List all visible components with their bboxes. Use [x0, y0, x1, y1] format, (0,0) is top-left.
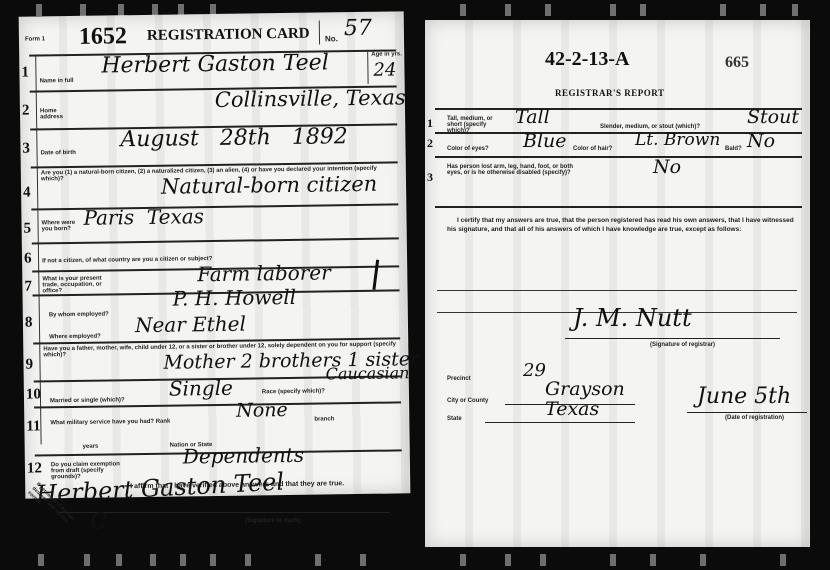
eye-color-label: Color of eyes?	[447, 146, 489, 152]
military-service-label: What military service have you had? Rank	[50, 419, 170, 427]
serial-number: 1652	[79, 23, 127, 51]
disability: No	[653, 156, 681, 178]
age-label: Age in yrs.	[371, 51, 402, 57]
card-number-label: No.	[325, 34, 338, 43]
registration-card: Form 1 1652 REGISTRATION CARD No. 57 1 N…	[19, 11, 411, 498]
film-sprocket-bottom	[0, 550, 830, 570]
stamp-number: 665	[725, 54, 749, 72]
military-service: None	[236, 399, 288, 422]
signature-label: (Signature or mark)	[245, 518, 300, 524]
birthplace: Paris Texas	[83, 204, 204, 230]
card-number: 57	[344, 16, 372, 41]
age-value: 24	[373, 59, 396, 80]
race: Caucasian	[326, 363, 410, 383]
exemption-claim: Dependents	[183, 443, 305, 469]
height: Tall	[515, 106, 550, 128]
branch-label: branch	[314, 416, 334, 422]
full-name: Herbert Gaston Teel	[101, 50, 329, 78]
alien-country-label: If not a citizen, of what country are yo…	[42, 256, 212, 264]
registrar-signature-label: (Signature of registrar)	[650, 342, 715, 348]
corner-mark: C	[90, 510, 107, 535]
file-number: 42-2-13-A	[545, 48, 629, 71]
employment-place: Near Ethel	[135, 312, 246, 338]
hair-color: Lt. Brown	[635, 130, 720, 150]
state-label: State	[447, 416, 462, 422]
occupation: Farm laborer	[197, 260, 331, 286]
report-title: REGISTRAR'S REPORT	[555, 88, 664, 98]
county-label: City or County	[447, 398, 488, 404]
precinct: 29	[523, 360, 546, 381]
card-title: REGISTRATION CARD	[147, 26, 310, 45]
employer-label: By whom employed?	[49, 311, 109, 318]
bald-label: Bald?	[725, 146, 742, 152]
marital-status: Single	[169, 376, 233, 401]
citizenship: Natural-born citizen	[161, 172, 378, 199]
date-of-birth: August 28th 1892	[120, 124, 348, 152]
certification-text: I certify that my answers are true, that…	[447, 216, 797, 234]
registration-date-label: (Date of registration)	[725, 415, 784, 421]
home-address-label: Home address	[40, 108, 74, 120]
employer: P. H. Howell	[172, 285, 296, 311]
registrars-report: 42-2-13-A 665 REGISTRAR'S REPORT 1 Tall,…	[425, 20, 810, 547]
build: Stout	[747, 106, 799, 128]
occupation-label: What is your present trade, occupation, …	[42, 275, 112, 294]
dob-label: Date of birth	[41, 150, 76, 156]
years-label: years	[83, 444, 99, 450]
disability-label: Has person lost arm, leg, hand, foot, or…	[447, 164, 587, 176]
hair-color-label: Color of hair?	[573, 146, 612, 152]
home-address: Collinsville, Texas	[215, 85, 406, 112]
employment-place-label: Where employed?	[49, 334, 101, 341]
birthplace-label: Where were you born?	[42, 220, 82, 233]
state: Texas	[545, 398, 599, 420]
eye-color: Blue	[523, 130, 567, 152]
registrar-signature: J. M. Nutt	[573, 304, 692, 332]
precinct-label: Precinct	[447, 376, 471, 382]
county: Grayson	[545, 378, 625, 400]
form-label: Form 1	[25, 36, 45, 42]
bald: No	[747, 130, 775, 152]
race-label: Race (specify which)?	[262, 388, 325, 395]
marital-status-label: Married or single (which)?	[50, 397, 125, 404]
name-label: Name in full	[40, 78, 74, 84]
registration-date: June 5th	[697, 384, 791, 409]
